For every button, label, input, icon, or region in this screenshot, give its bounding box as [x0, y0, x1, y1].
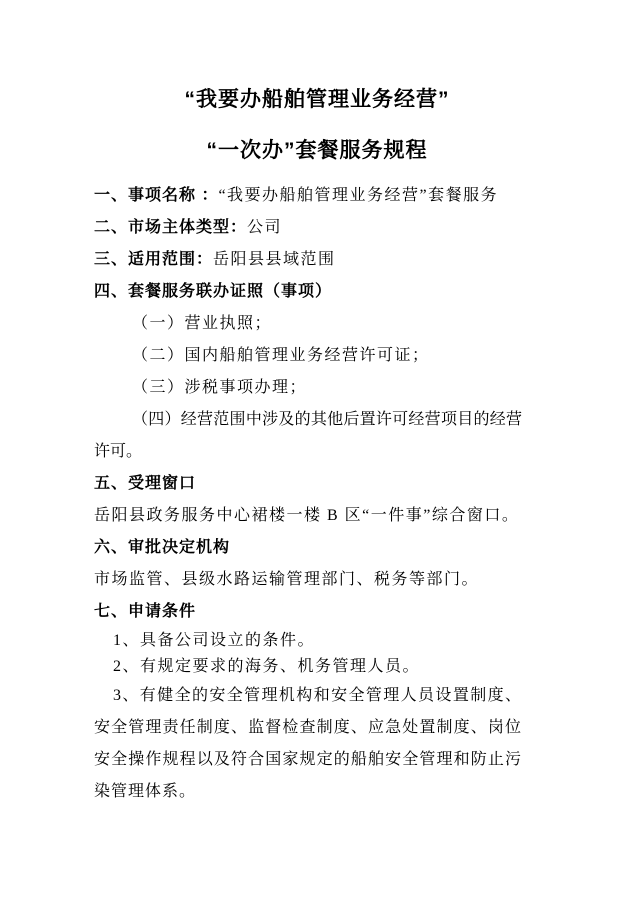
condition-item-1: 1、具备公司设立的条件。 — [94, 628, 522, 654]
section-licenses-heading: 四、套餐服务联办证照（事项） — [94, 283, 332, 300]
section-scope: 三、适用范围：岳阳县县域范围 — [94, 244, 522, 276]
doc-body: 一、事项名称 ：“我要办船舶管理业务经营”套餐服务 二、市场主体类型：公司 三、… — [94, 180, 522, 808]
condition-item-3: 3、有健全的安全管理机构和安全管理人员设置制度、安全管理责任制度、监督检查制度、… — [94, 680, 522, 808]
license-item-3: （三）涉税事项办理； — [94, 372, 522, 404]
section-item-name-value: “我要办船舶管理业务经营”套餐服务 — [218, 187, 498, 204]
license-item-2: （二）国内船舶管理业务经营许可证； — [94, 340, 522, 372]
section-item-name: 一、事项名称 ：“我要办船舶管理业务经营”套餐服务 — [94, 180, 522, 212]
section-authority: 六、审批决定机构 — [94, 532, 522, 564]
section-entity-type-value: 公司 — [247, 219, 282, 236]
document-page: “我要办船舶管理业务经营” “一次办”套餐服务规程 一、事项名称 ：“我要办船舶… — [0, 0, 634, 898]
section-item-name-heading: 一、事项名称 ： — [94, 187, 218, 204]
section-conditions-heading: 七、申请条件 — [94, 603, 196, 620]
license-item-4: （四）经营范围中涉及的其他后置许可经营项目的经营许可。 — [94, 404, 522, 468]
condition-item-2: 2、有规定要求的海务、机务管理人员。 — [94, 654, 522, 680]
section-window: 五、受理窗口 — [94, 468, 522, 500]
section-window-heading: 五、受理窗口 — [94, 475, 196, 492]
section-authority-heading: 六、审批决定机构 — [94, 539, 230, 556]
section-scope-heading: 三、适用范围： — [94, 251, 213, 268]
doc-title-line-2: “一次办”套餐服务规程 — [0, 138, 634, 164]
section-window-value: 岳阳县政务服务中心裙楼一楼 B 区“一件事”综合窗口。 — [94, 500, 522, 532]
section-entity-type: 二、市场主体类型：公司 — [94, 212, 522, 244]
section-scope-value: 岳阳县县域范围 — [213, 251, 336, 268]
section-licenses: 四、套餐服务联办证照（事项） — [94, 276, 522, 308]
section-conditions: 七、申请条件 — [94, 596, 522, 628]
doc-title-line-1: “我要办船舶管理业务经营” — [0, 0, 634, 113]
license-item-1: （一）营业执照； — [94, 308, 522, 340]
section-entity-type-heading: 二、市场主体类型： — [94, 219, 247, 236]
section-authority-value: 市场监管、县级水路运输管理部门、税务等部门。 — [94, 564, 522, 596]
